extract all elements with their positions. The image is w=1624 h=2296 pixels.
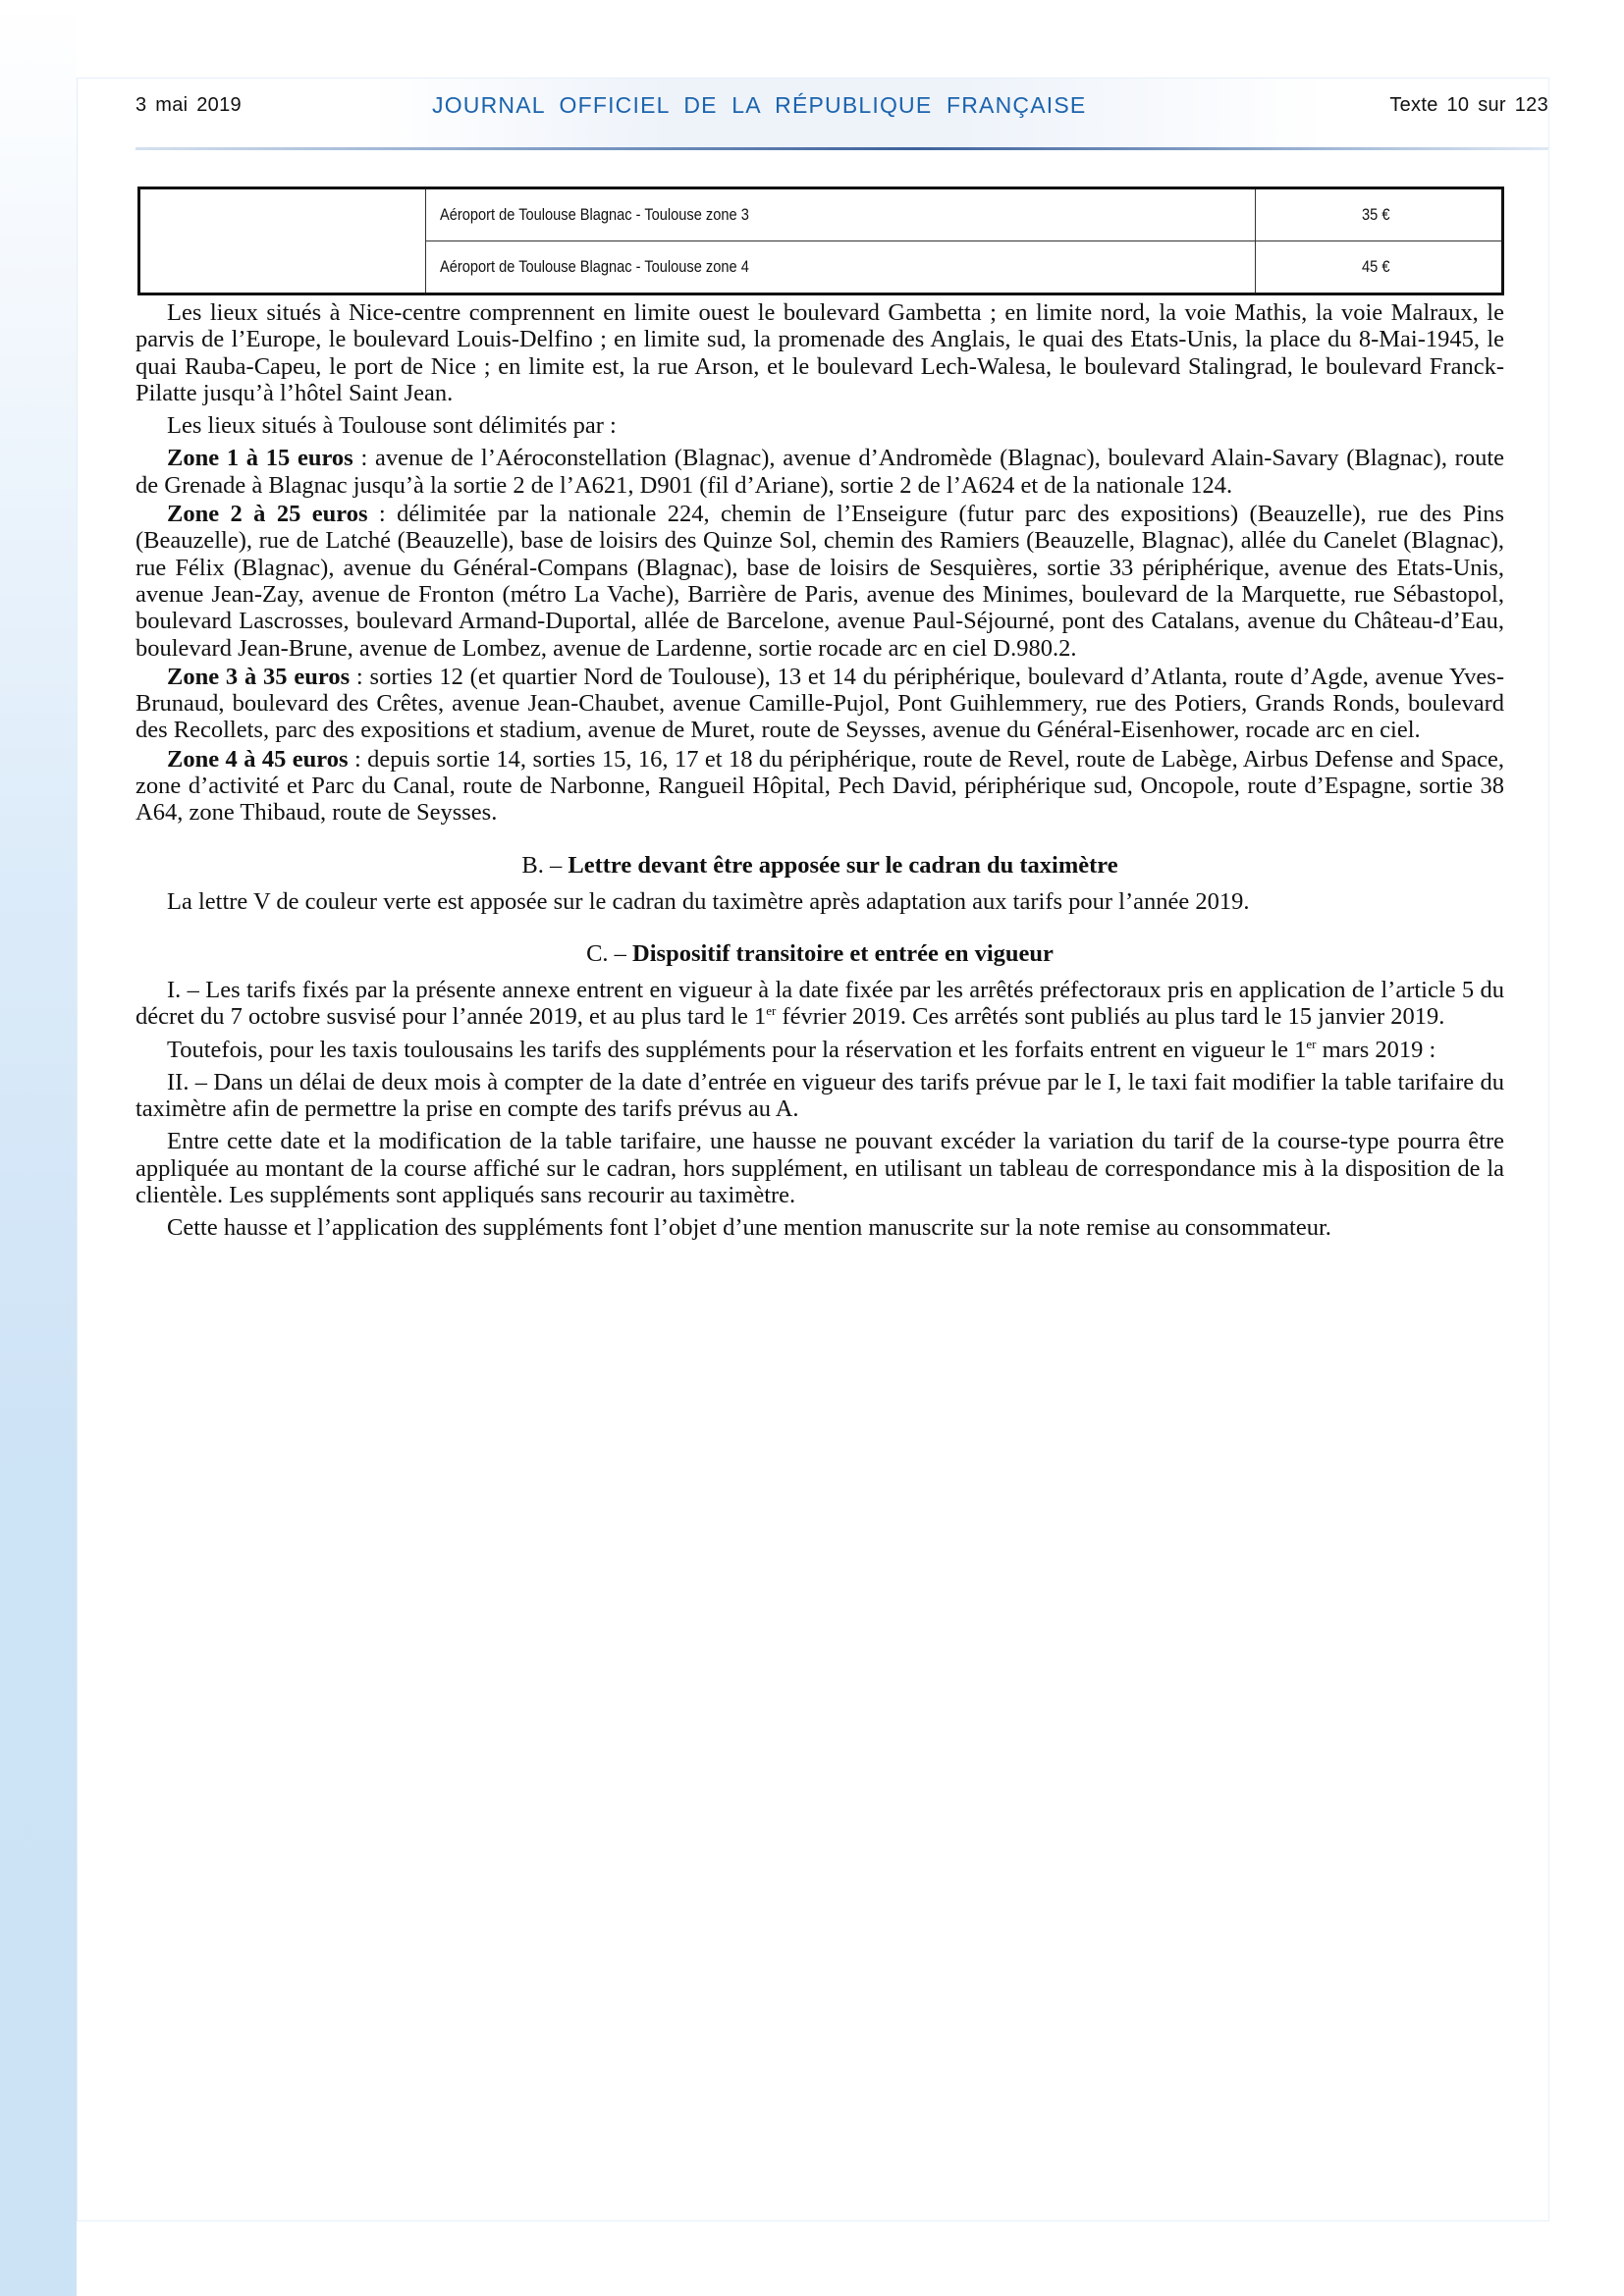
text-run: février 2019. Ces arrêtés sont publiés a… [776, 1003, 1444, 1030]
ordinal-superscript: er [766, 1003, 776, 1018]
zone-2-label: Zone 2 à 25 euros [167, 501, 368, 527]
section-c-prefix: C. – [586, 940, 632, 967]
page-margin-strip [0, 0, 77, 2296]
document-body: Les lieux situés à Nice-centre comprenne… [135, 299, 1504, 1248]
route-label: Aéroport de Toulouse Blagnac - Toulouse … [440, 257, 749, 277]
section-b-title: Lettre devant être apposée sur le cadran… [568, 852, 1117, 879]
journal-title: JOURNAL OFFICIEL DE LA RÉPUBLIQUE FRANÇA… [432, 92, 1086, 119]
section-c-paragraph-2: Toutefois, pour les taxis toulousains le… [135, 1037, 1504, 1063]
header-divider [135, 147, 1548, 150]
section-c-paragraph-3: II. – Dans un délai de deux mois à compt… [135, 1069, 1504, 1123]
page-header: 3 mai 2019 JOURNAL OFFICIEL DE LA RÉPUBL… [135, 94, 1548, 130]
zone-3-paragraph: Zone 3 à 35 euros : sorties 12 (et quart… [135, 664, 1504, 744]
price-value: 35 € [1362, 205, 1389, 225]
tariff-table: Aéroport de Toulouse Blagnac - Toulouse … [137, 187, 1504, 295]
text-run: Toutefois, pour les taxis toulousains le… [167, 1037, 1306, 1063]
zone-2-paragraph: Zone 2 à 25 euros : délimitée par la nat… [135, 501, 1504, 662]
table-row: Aéroport de Toulouse Blagnac - Toulouse … [139, 188, 1503, 241]
section-c-paragraph-4: Entre cette date et la modification de l… [135, 1128, 1504, 1208]
ordinal-superscript: er [1306, 1037, 1316, 1051]
section-b-heading: B. – Lettre devant être apposée sur le c… [135, 852, 1504, 879]
table-cell-route: Aéroport de Toulouse Blagnac - Toulouse … [426, 188, 1256, 241]
route-label: Aéroport de Toulouse Blagnac - Toulouse … [440, 205, 749, 225]
section-c-paragraph-5: Cette hausse et l’application des supplé… [135, 1214, 1504, 1241]
price-value: 45 € [1362, 257, 1389, 277]
paragraph-nice-centre: Les lieux situés à Nice-centre comprenne… [135, 299, 1504, 406]
section-c-paragraph-1: I. – Les tarifs fixés par la présente an… [135, 977, 1504, 1031]
zone-4-label: Zone 4 à 45 euros [167, 746, 349, 773]
text-counter: Texte 10 sur 123 [1389, 94, 1548, 117]
publication-date: 3 mai 2019 [135, 94, 242, 117]
text-run: mars 2019 : [1317, 1037, 1436, 1063]
zone-1-label: Zone 1 à 15 euros [167, 445, 353, 471]
table-cell-price: 45 € [1256, 241, 1503, 294]
zone-3-label: Zone 3 à 35 euros [167, 664, 350, 690]
table-cell-price: 35 € [1256, 188, 1503, 241]
table-cell-route: Aéroport de Toulouse Blagnac - Toulouse … [426, 241, 1256, 294]
zone-4-paragraph: Zone 4 à 45 euros : depuis sortie 14, so… [135, 746, 1504, 827]
paragraph-toulouse-intro: Les lieux situés à Toulouse sont délimit… [135, 412, 1504, 439]
section-b-paragraph: La lettre V de couleur verte est apposée… [135, 888, 1504, 915]
section-c-title: Dispositif transitoire et entrée en vigu… [632, 940, 1054, 967]
zone-1-paragraph: Zone 1 à 15 euros : avenue de l’Aérocons… [135, 445, 1504, 499]
section-b-prefix: B. – [521, 852, 568, 879]
section-c-heading: C. – Dispositif transitoire et entrée en… [135, 940, 1504, 967]
table-cell-empty [139, 188, 426, 294]
